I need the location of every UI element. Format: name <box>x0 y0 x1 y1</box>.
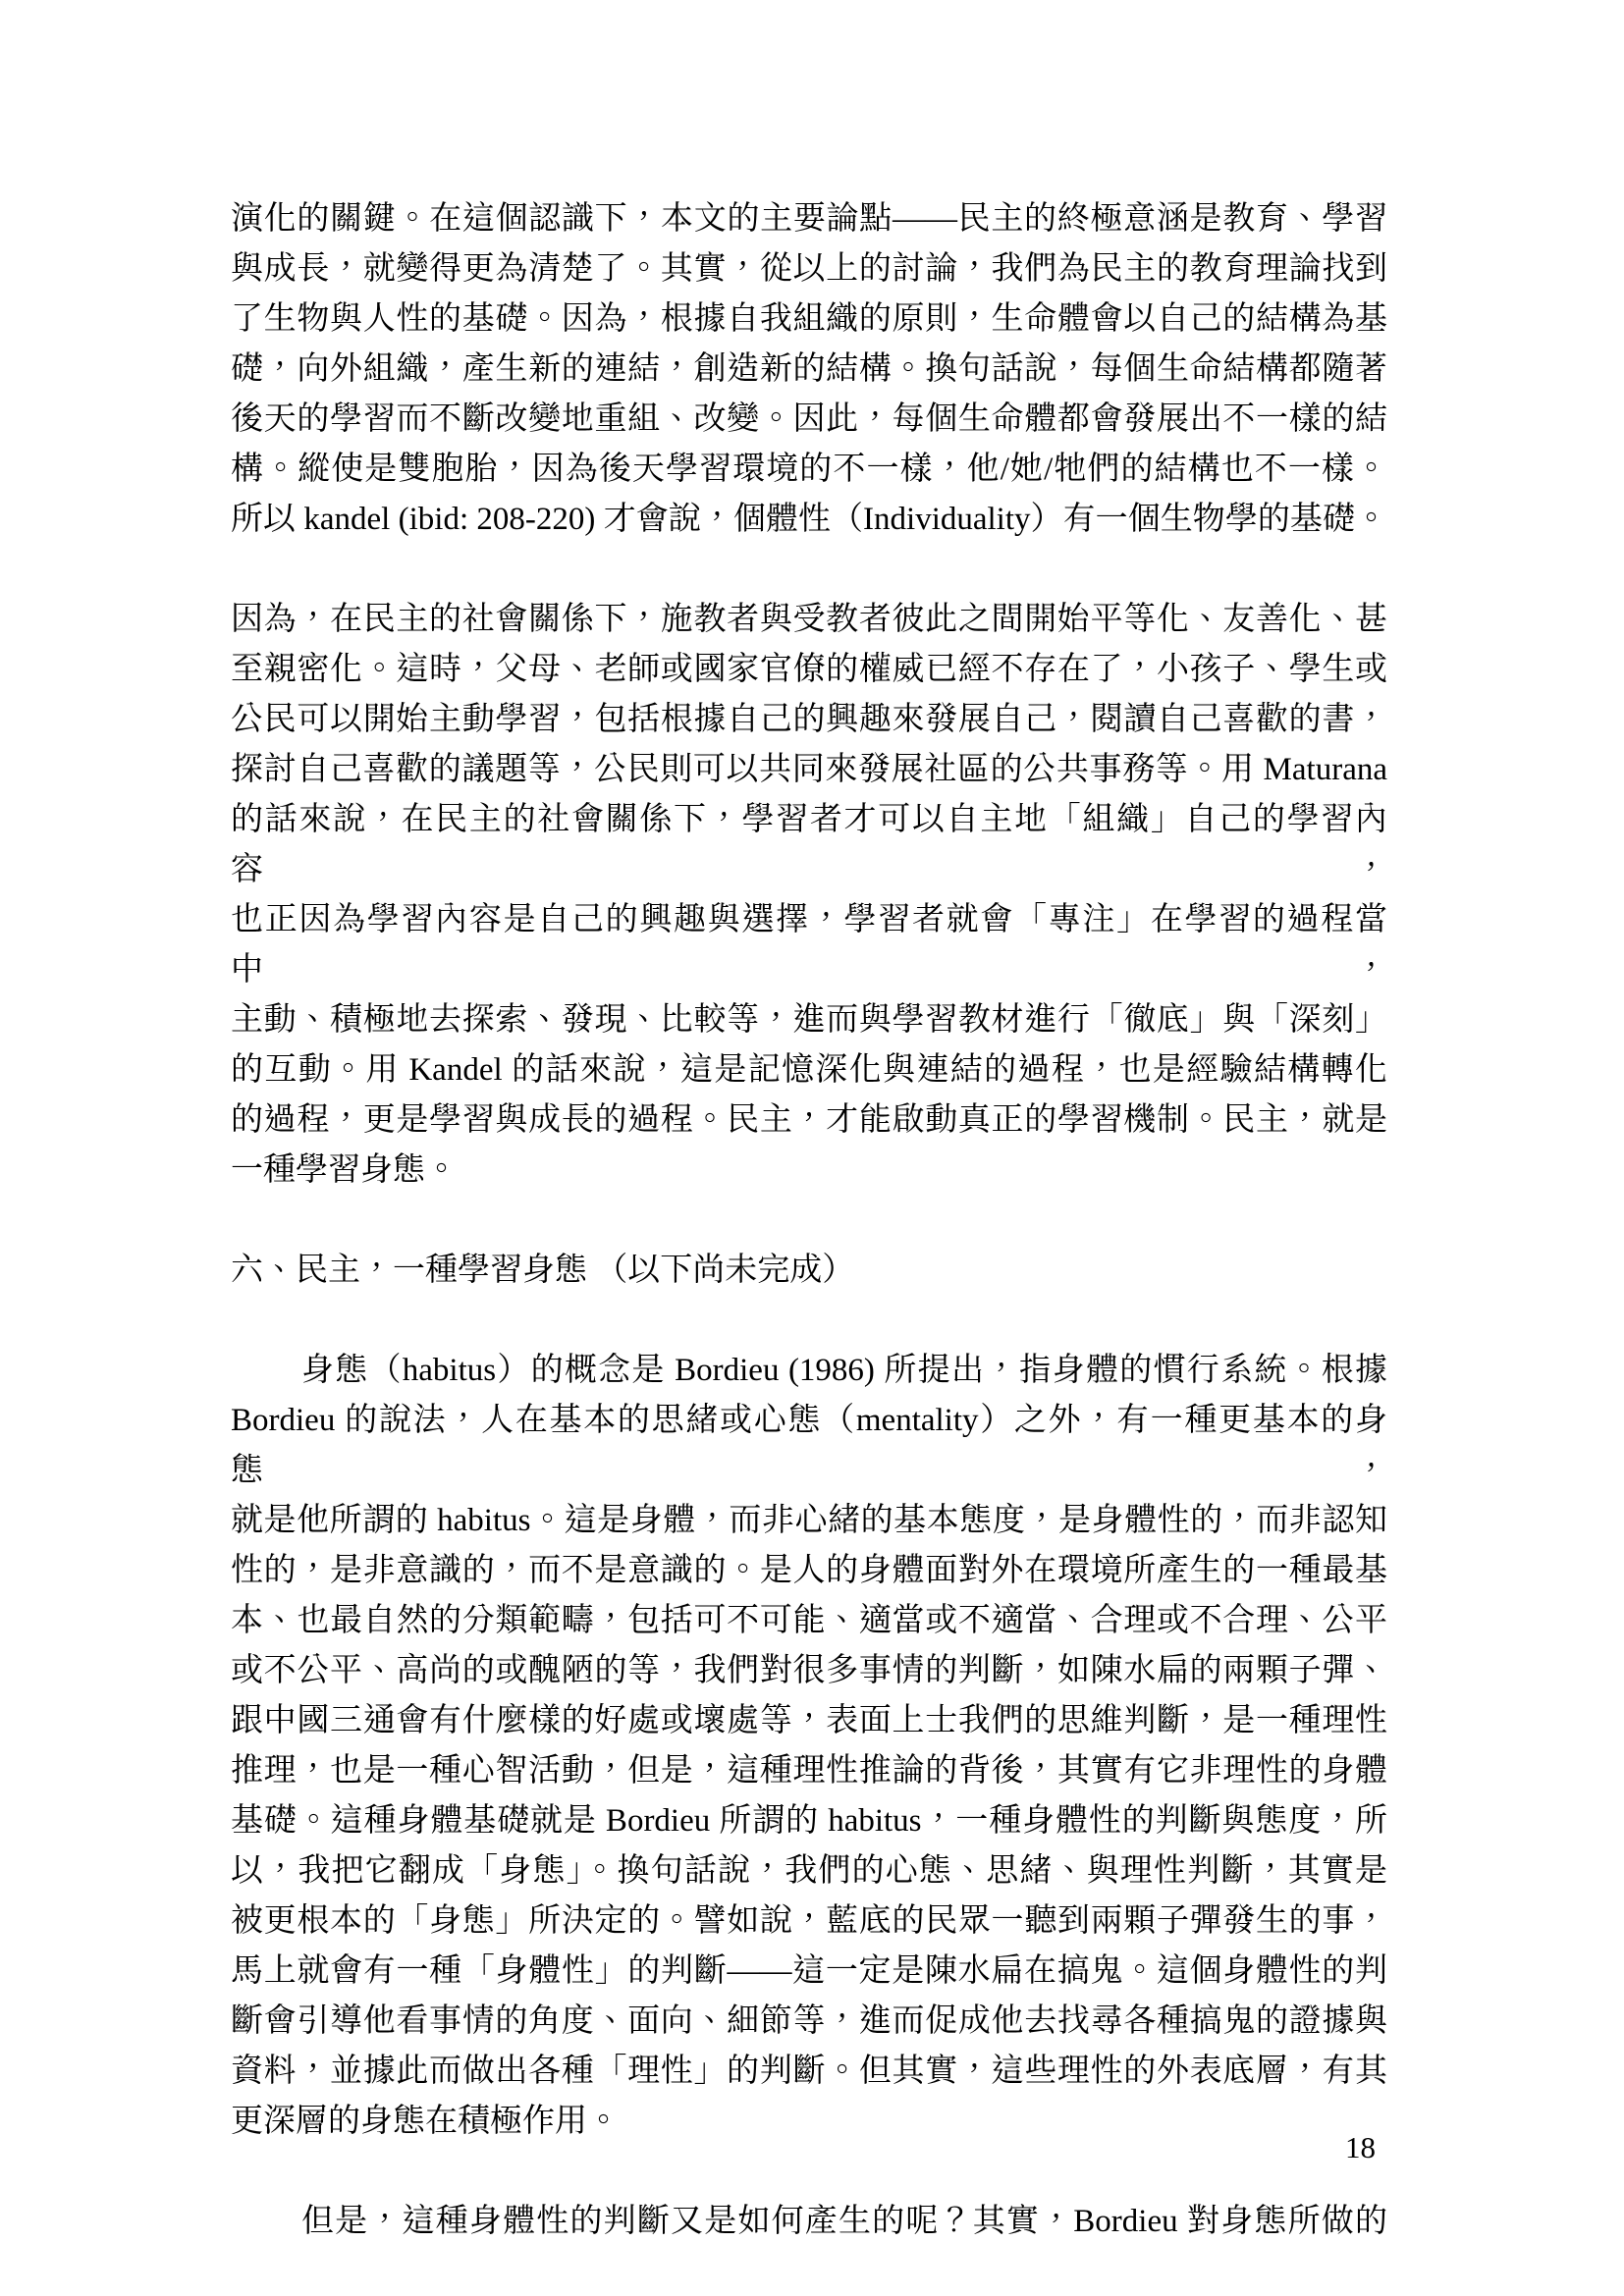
text-line: 或不公平、高尚的或醜陋的等，我們對很多事情的判斷，如陳水扁的兩顆子彈、 <box>231 1646 1387 1696</box>
text-line: 跟中國三通會有什麼樣的好處或壞處等，表面上士我們的思維判斷，是一種理性 <box>231 1696 1387 1746</box>
text-line: 以，我把它翻成「身態」。換句話說，我們的心態、思緒、與理性判斷，其實是 <box>231 1846 1387 1896</box>
text-line: 構。縱使是雙胞胎，因為後天學習環境的不一樣，他/她/牠們的結構也不一樣。 <box>231 445 1387 495</box>
heading-line: 六、民主，一種學習身態 （以下尚未完成） <box>231 1246 1387 1296</box>
text-line: 演化的關鍵。在這個認識下，本文的主要論點——民主的終極意涵是教育、學習 <box>231 194 1387 244</box>
text-line: 所以 kandel (ibid: 208-220) 才會說，個體性（Indivi… <box>231 495 1387 545</box>
text-line: 推理，也是一種心智活動，但是，這種理性推論的背後，其實有它非理性的身體 <box>231 1746 1387 1796</box>
text-block: 演化的關鍵。在這個認識下，本文的主要論點——民主的終極意涵是教育、學習與成長，就… <box>231 194 1387 2247</box>
text-line: 被更根本的「身態」所決定的。譬如說，藍底的民眾一聽到兩顆子彈發生的事， <box>231 1896 1387 1947</box>
body-paragraph: 身態（habitus）的概念是 Bordieu (1986) 所提出，指身體的慣… <box>231 1346 1387 2147</box>
text-line: 斷會引導他看事情的角度、面向、細節等，進而促成他去找尋各種搞鬼的證據與 <box>231 1997 1387 2047</box>
text-line: 因為，在民主的社會關係下，施教者與受教者彼此之間開始平等化、友善化、甚 <box>231 595 1387 645</box>
text-line: 的互動。用 Kandel 的話來說，這是記憶深化與連結的過程，也是經驗結構轉化 <box>231 1045 1387 1095</box>
text-line: 後天的學習而不斷改變地重組、改變。因此，每個生命體都會發展出不一樣的結 <box>231 395 1387 445</box>
page-number: 18 <box>1345 2128 1376 2167</box>
text-line: 的過程，更是學習與成長的過程。民主，才能啟動真正的學習機制。民主，就是 <box>231 1095 1387 1146</box>
text-line: 了生物與人性的基礎。因為，根據自我組織的原則，生命體會以自己的結構為基 <box>231 294 1387 345</box>
text-line: 就是他所謂的 habitus。這是身體，而非心緒的基本態度，是身體性的，而非認知 <box>231 1496 1387 1546</box>
text-line: 性的，是非意識的，而不是意識的。是人的身體面對外在環境所產生的一種最基 <box>231 1546 1387 1596</box>
text-line: 礎，向外組織，產生新的連結，創造新的結構。換句話說，每個生命結構都隨著 <box>231 345 1387 395</box>
text-line: 的話來說，在民主的社會關係下，學習者才可以自主地「組織」自己的學習內容， <box>231 795 1387 895</box>
section-heading: 六、民主，一種學習身態 （以下尚未完成） <box>231 1246 1387 1296</box>
document-page: 演化的關鍵。在這個認識下，本文的主要論點——民主的終極意涵是教育、學習與成長，就… <box>0 0 1624 2296</box>
body-paragraph: 因為，在民主的社會關係下，施教者與受教者彼此之間開始平等化、友善化、甚至親密化。… <box>231 595 1387 1196</box>
body-paragraph: 演化的關鍵。在這個認識下，本文的主要論點——民主的終極意涵是教育、學習與成長，就… <box>231 194 1387 545</box>
text-line: 主動、積極地去探索、發現、比較等，進而與學習教材進行「徹底」與「深刻」 <box>231 995 1387 1045</box>
text-line: 但是，這種身體性的判斷又是如何產生的呢？其實，Bordieu 對身態所做的 <box>231 2197 1387 2247</box>
text-line: 公民可以開始主動學習，包括根據自己的興趣來發展自己，閱讀自己喜歡的書， <box>231 695 1387 745</box>
text-line: 也正因為學習內容是自己的興趣與選擇，學習者就會「專注」在學習的過程當中， <box>231 895 1387 995</box>
body-paragraph: 但是，這種身體性的判斷又是如何產生的呢？其實，Bordieu 對身態所做的 <box>231 2197 1387 2247</box>
text-line: Bordieu 的說法，人在基本的思緒或心態（mentality）之外，有一種更… <box>231 1396 1387 1496</box>
text-line: 更深層的身態在積極作用。 <box>231 2097 1387 2147</box>
text-line: 本、也最自然的分類範疇，包括可不可能、適當或不適當、合理或不合理、公平 <box>231 1596 1387 1646</box>
text-line: 一種學習身態。 <box>231 1146 1387 1196</box>
text-line: 身態（habitus）的概念是 Bordieu (1986) 所提出，指身體的慣… <box>231 1346 1387 1396</box>
text-line: 探討自己喜歡的議題等，公民則可以共同來發展社區的公共事務等。用 Maturana <box>231 745 1387 795</box>
text-line: 至親密化。這時，父母、老師或國家官僚的權威已經不存在了，小孩子、學生或 <box>231 645 1387 695</box>
text-line: 馬上就會有一種「身體性」的判斷——這一定是陳水扁在搞鬼。這個身體性的判 <box>231 1947 1387 1997</box>
text-line: 與成長，就變得更為清楚了。其實，從以上的討論，我們為民主的教育理論找到 <box>231 244 1387 294</box>
text-line: 基礎。這種身體基礎就是 Bordieu 所謂的 habitus，一種身體性的判斷… <box>231 1796 1387 1846</box>
text-line: 資料，並據此而做出各種「理性」的判斷。但其實，這些理性的外表底層，有其 <box>231 2047 1387 2097</box>
